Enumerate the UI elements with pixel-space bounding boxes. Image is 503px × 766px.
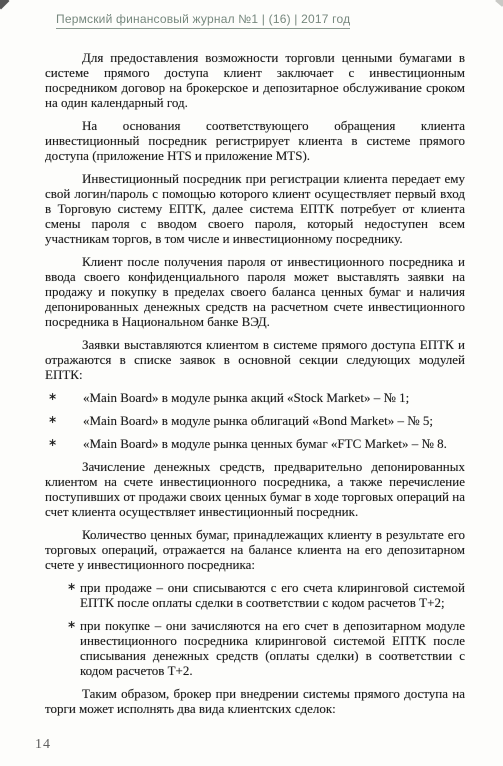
scan-artifact-top-right [495, 0, 503, 7]
paragraph-login-password: Инвестиционный посредник при регистрации… [45, 171, 465, 246]
list-item: ∗ «Main Board» в модуле рынка ценных бум… [45, 436, 465, 451]
paragraph-securities-balance: Количество ценных бумаг, принадлежащих к… [45, 527, 465, 572]
running-header: Пермский финансовый журнал №1 | (16) | 2… [56, 12, 350, 29]
paragraph-client-registration: На основания соответствующего обращения … [45, 118, 465, 163]
list-item: ∗ «Main Board» в модуле рынка акций «Sto… [45, 390, 465, 405]
bullet-text-stock-market: «Main Board» в модуле рынка акций «Stock… [83, 390, 465, 405]
running-header-title: Пермский финансовый журнал №1 | (16) | 2… [56, 12, 350, 29]
module-bullet-list: ∗ «Main Board» в модуле рынка акций «Sto… [45, 390, 465, 451]
list-item: ∗ «Main Board» в модуле рынка облигаций … [45, 413, 465, 428]
list-item: ∗ при покупке – они зачисляются на его с… [67, 618, 465, 678]
journal-page: Пермский финансовый журнал №1 | (16) | 2… [0, 0, 503, 766]
page-body: Для предоставления возможности торговли … [45, 30, 465, 716]
bullet-text-on-purchase: при покупке – они зачисляются на его сче… [80, 618, 465, 678]
asterisk-bullet-icon: ∗ [45, 413, 83, 428]
asterisk-bullet-icon: ∗ [67, 580, 80, 610]
paragraph-funds-transfer: Зачисление денежных средств, предварител… [45, 459, 465, 519]
paragraph-client-orders: Клиент после получения пароля от инвести… [45, 254, 465, 329]
operation-bullet-list: ∗ при продаже – они списываются с его сч… [45, 580, 465, 678]
asterisk-bullet-icon: ∗ [45, 436, 83, 451]
list-item: ∗ при продаже – они списываются с его сч… [67, 580, 465, 610]
paragraph-broker-conclusion: Таким образом, брокер при внедрении сист… [45, 686, 465, 716]
scan-artifact-top-left [0, 0, 9, 9]
paragraph-direct-access-contract: Для предоставления возможности торговли … [45, 50, 465, 110]
page-number: 14 [35, 737, 51, 753]
paragraph-orders-modules-intro: Заявки выставляются клиентом в системе п… [45, 337, 465, 382]
bullet-text-bond-market: «Main Board» в модуле рынка облигаций «B… [83, 413, 465, 428]
asterisk-bullet-icon: ∗ [45, 390, 83, 405]
bullet-text-on-sale: при продаже – они списываются с его счет… [80, 580, 465, 610]
asterisk-bullet-icon: ∗ [67, 618, 80, 678]
bullet-text-ftc-market: «Main Board» в модуле рынка ценных бумаг… [83, 436, 465, 451]
